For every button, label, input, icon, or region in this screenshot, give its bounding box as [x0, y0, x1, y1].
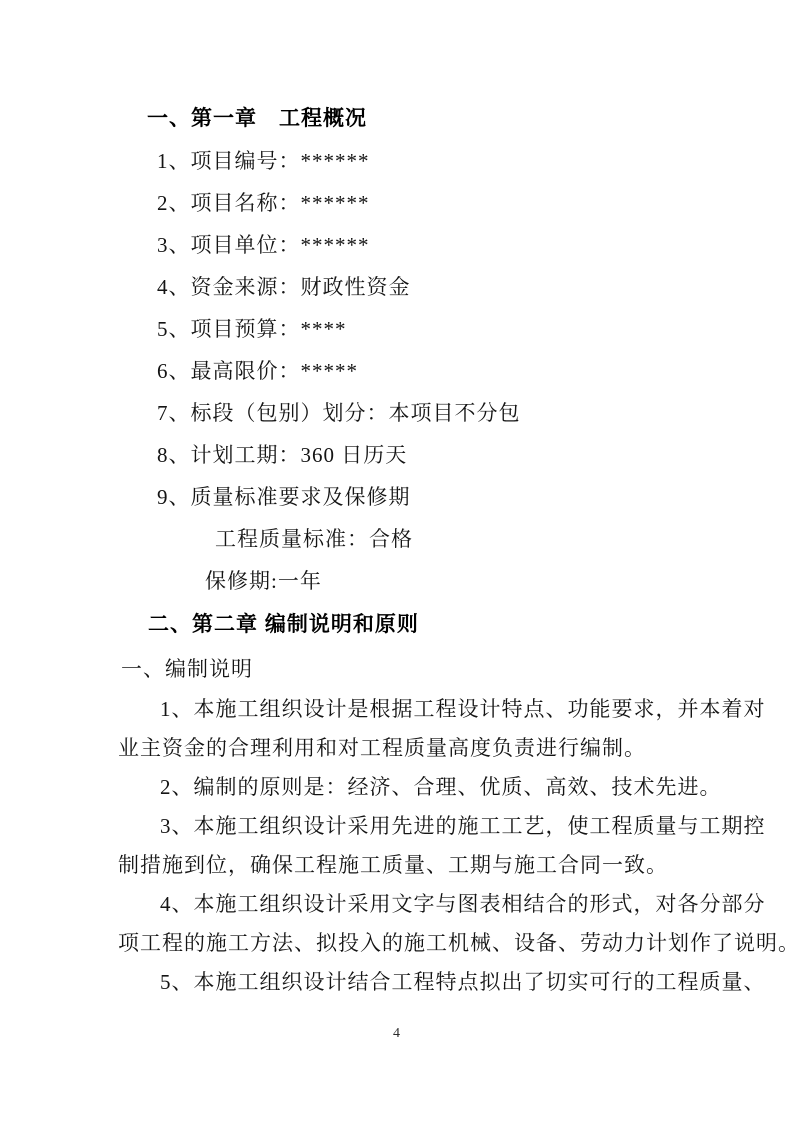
chapter1-item-project-number: 1、项目编号：******	[157, 140, 778, 182]
chapter1-item-lot-division: 7、标段（包别）划分：本项目不分包	[157, 392, 778, 434]
chapter1-item-quality-standard: 9、质量标准要求及保修期	[157, 476, 778, 518]
chapter1-heading: 一、第一章 工程概况	[147, 98, 778, 140]
paragraph-line: 4、本施工组织设计采用文字与图表相结合的形式，对各分部分	[160, 885, 778, 924]
paragraph-line: 项工程的施工方法、拟投入的施工机械、设备、劳动力计划作了说明。	[118, 924, 778, 963]
chapter1-item-planned-duration: 8、计划工期：360 日历天	[157, 434, 778, 476]
quality-standard-line: 工程质量标准：合格	[215, 518, 778, 560]
paragraph-3: 3、本施工组织设计采用先进的施工工艺，使工程质量与工期控 制措施到位，确保工程施…	[118, 807, 778, 885]
paragraph-5: 5、本施工组织设计结合工程特点拟出了切实可行的工程质量、	[118, 963, 778, 1002]
chapter1-item-project-name: 2、项目名称：******	[157, 182, 778, 224]
chapter2-subheading: 一、编制说明	[121, 648, 778, 690]
paragraph-2: 2、编制的原则是：经济、合理、优质、高效、技术先进。	[118, 768, 778, 807]
paragraph-line: 5、本施工组织设计结合工程特点拟出了切实可行的工程质量、	[160, 963, 778, 1002]
chapter2-heading: 二、第二章 编制说明和原则	[148, 602, 778, 648]
chapter1-item-project-unit: 3、项目单位：******	[157, 224, 778, 266]
document-page: 一、第一章 工程概况 1、项目编号：****** 2、项目名称：****** 3…	[0, 0, 793, 1122]
document-body: 一、第一章 工程概况 1、项目编号：****** 2、项目名称：****** 3…	[118, 98, 778, 1002]
chapter1-item-funding-source: 4、资金来源：财政性资金	[157, 266, 778, 308]
paragraph-line: 业主资金的合理利用和对工程质量高度负责进行编制。	[118, 729, 778, 768]
chapter1-item-max-price: 6、最高限价：*****	[157, 350, 778, 392]
page-number: 4	[0, 1026, 793, 1042]
chapter1-item-project-budget: 5、项目预算：****	[157, 308, 778, 350]
paragraph-line: 1、本施工组织设计是根据工程设计特点、功能要求，并本着对	[160, 690, 778, 729]
paragraph-line: 3、本施工组织设计采用先进的施工工艺，使工程质量与工期控	[160, 807, 778, 846]
warranty-period-line: 保修期:一年	[205, 560, 778, 602]
paragraph-4: 4、本施工组织设计采用文字与图表相结合的形式，对各分部分 项工程的施工方法、拟投…	[118, 885, 778, 963]
paragraph-1: 1、本施工组织设计是根据工程设计特点、功能要求，并本着对 业主资金的合理利用和对…	[118, 690, 778, 768]
paragraph-line: 2、编制的原则是：经济、合理、优质、高效、技术先进。	[160, 768, 778, 807]
paragraph-line: 制措施到位，确保工程施工质量、工期与施工合同一致。	[118, 846, 778, 885]
